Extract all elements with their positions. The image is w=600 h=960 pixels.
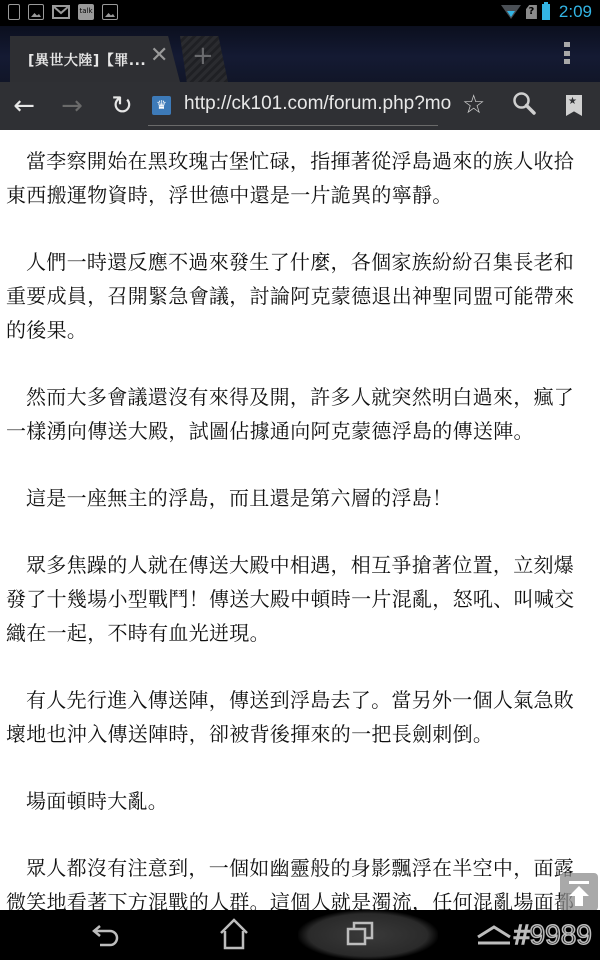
notification-icons: talk	[8, 4, 118, 20]
system-nav-bar: #9989	[0, 910, 600, 960]
tab-strip: [異世大陸]【罪... ✕ +	[0, 26, 600, 82]
watermark-label: #9989	[514, 919, 592, 951]
plus-icon[interactable]: +	[192, 41, 214, 71]
scroll-to-top-button[interactable]	[560, 873, 598, 911]
paragraph: 眾人都沒有注意到，一個如幽靈般的身影飄浮在半空中，面露微笑地看著下方混戰的人群。…	[0, 851, 600, 910]
paragraph: 場面頓時大亂。	[0, 784, 600, 818]
clock: 2:09	[559, 2, 592, 22]
reload-button[interactable]: ↻	[102, 82, 142, 130]
paragraph: 有人先行進入傳送陣，傳送到浮島去了。當另外一個人氣急敗壞地也沖入傳送陣時，卻被背…	[0, 683, 600, 751]
tab-title[interactable]: [異世大陸]【罪...	[28, 50, 146, 70]
paragraph: 眾多焦躁的人就在傳送大殿中相遇，相互爭搶著位置，立刻爆發了十幾場小型戰鬥！傳送大…	[0, 548, 600, 650]
battery-icon	[542, 4, 550, 20]
status-bar: talk ? 2:09	[0, 0, 600, 26]
paragraph: 當李察開始在黑玫瑰古堡忙碌，指揮著從浮島過來的族人收拾東西搬運物資時，浮世德中還…	[0, 144, 600, 212]
overflow-menu-icon[interactable]	[564, 42, 570, 64]
no-sim-icon: ?	[526, 5, 537, 19]
bookmark-star-icon[interactable]: ☆	[462, 90, 485, 120]
image-icon	[28, 4, 44, 20]
image-icon	[102, 4, 118, 20]
gmail-icon	[52, 4, 70, 20]
back-button[interactable]: ←	[4, 82, 44, 130]
search-icon[interactable]	[512, 91, 536, 115]
close-tab-icon[interactable]: ✕	[150, 45, 168, 67]
url-field[interactable]: http://ck101.com/forum.php?mo	[184, 93, 451, 115]
scroll-top-bar-icon	[569, 881, 589, 884]
paragraph: 這是一座無主的浮島，而且還是第六層的浮島！	[0, 481, 600, 515]
notes-icon	[8, 4, 20, 20]
paragraph: 人們一時還反應不過來發生了什麼，各個家族紛紛召集長老和重要成員，召開緊急會議，討…	[0, 245, 600, 347]
nav-back-button[interactable]	[86, 916, 126, 952]
talk-icon: talk	[78, 4, 94, 20]
system-indicators: ? 2:09	[501, 2, 592, 22]
site-favicon-icon: ♛	[152, 96, 171, 115]
paragraph: 然而大多會議還沒有來得及開，許多人就突然明白過來，瘋了一樣湧向傳送大殿，試圖佔據…	[0, 380, 600, 448]
arrow-up-icon	[569, 886, 589, 906]
chevron-up-icon[interactable]	[474, 923, 514, 947]
forward-button[interactable]: →	[52, 82, 92, 130]
wifi-icon	[501, 5, 521, 19]
article-content: 當李察開始在黑玫瑰古堡忙碌，指揮著從浮島過來的族人收拾東西搬運物資時，浮世德中還…	[0, 130, 600, 910]
nav-recent-apps-button[interactable]	[340, 916, 380, 952]
url-field-underline	[148, 125, 438, 126]
nav-home-button[interactable]	[214, 916, 254, 952]
